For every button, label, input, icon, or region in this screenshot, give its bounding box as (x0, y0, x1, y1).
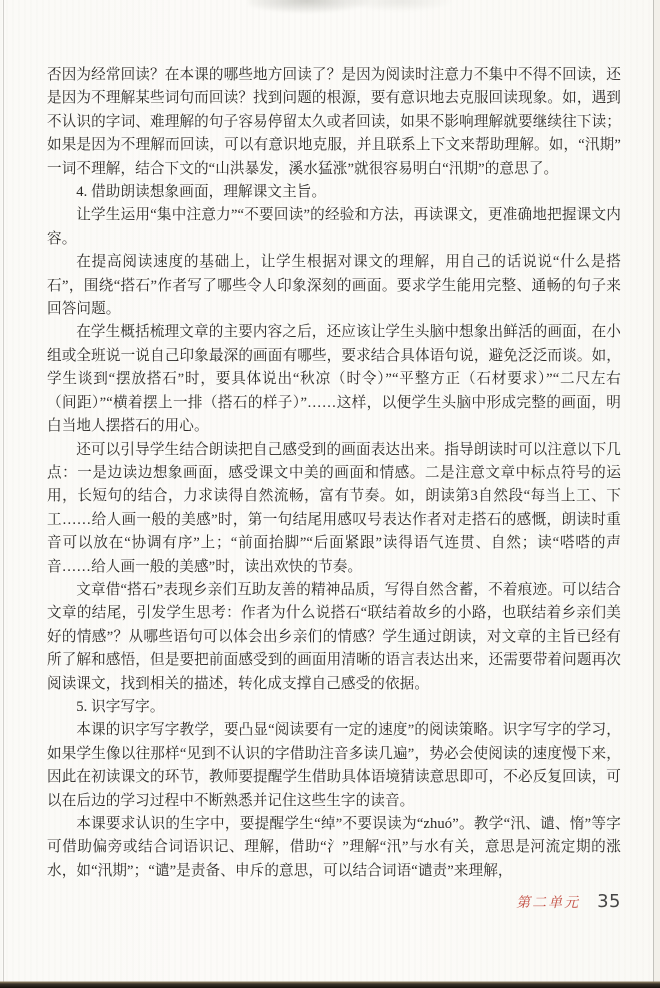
page-footer: 第二单元35 (47, 891, 621, 912)
item-heading-4: 4. 借助朗读想象画面，理解课文主旨。 (47, 181, 621, 204)
scan-edge-right-margin (654, 0, 660, 988)
paragraph: 在提高阅读速度的基础上，让学生根据对课文的理解，用自己的话说说“什么是搭石”，围… (47, 251, 621, 321)
item-heading-5: 5. 识字写字。 (47, 696, 621, 719)
scan-edge-bottom (0, 979, 660, 988)
unit-label: 第二单元 (516, 896, 580, 911)
scan-smudge (345, 0, 455, 12)
scan-edge-right (653, 0, 654, 988)
page-text-block: 否因为经常回读？在本课的哪些地方回读了？是因为阅读时注意力不集中不得不回读，还是… (47, 64, 621, 883)
scan-edge-left (3, 0, 4, 988)
scanned-page: 否因为经常回读？在本课的哪些地方回读了？是因为阅读时注意力不集中不得不回读，还是… (0, 0, 660, 988)
paragraph: 还可以引导学生结合朗读把自己感受到的画面表达出来。指导朗读时可以注意以下几点：一… (47, 439, 621, 579)
paragraph-continuation: 否因为经常回读？在本课的哪些地方回读了？是因为阅读时注意力不集中不得不回读，还是… (47, 64, 621, 181)
paragraph: 本课要求认识的生字中，要提醒学生“绰”不要误读为“zhuó”。教学“汛、谴、惰”… (47, 813, 621, 883)
page-number: 35 (597, 891, 621, 912)
paragraph: 文章借“搭石”表现乡亲们互助友善的精神品质，写得自然含蓄，不着痕迹。可以结合文章… (47, 579, 621, 696)
paragraph: 让学生运用“集中注意力”“不要回读”的经验和方法，再读课文，更准确地把握课文内容… (47, 204, 621, 251)
paragraph: 本课的识字写字教学，要凸显“阅读要有一定的速度”的阅读策略。识字写字的学习，如果… (47, 719, 621, 813)
paragraph: 在学生概括梳理文章的主要内容之后，还应该让学生头脑中想象出鲜活的画面，在小组或全… (47, 321, 621, 438)
